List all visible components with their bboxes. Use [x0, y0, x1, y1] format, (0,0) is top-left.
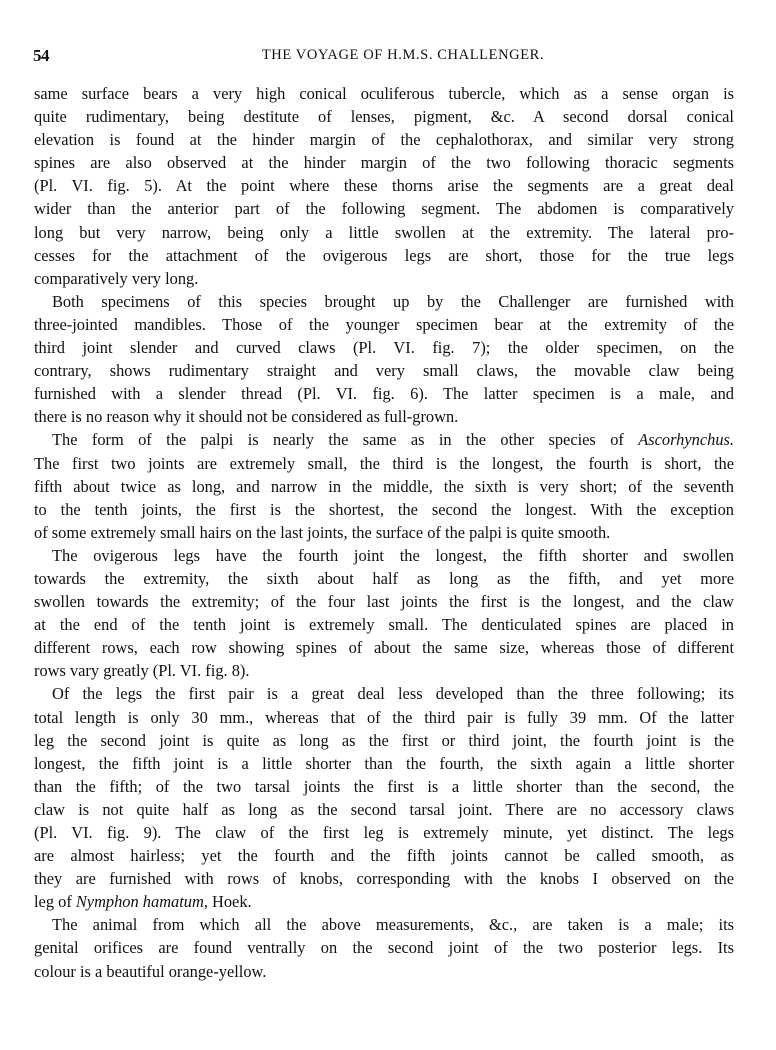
text-line: at the end of the tenth joint is extreme… — [34, 613, 734, 636]
text-line: claw is not quite half as long as the se… — [34, 798, 734, 821]
text-line: leg the second joint is quite as long as… — [34, 729, 734, 752]
text-line: contrary, shows rudimentary straight and… — [34, 359, 734, 382]
text-line: there is no reason why it should not be … — [34, 405, 734, 428]
text-line: are almost hairless; yet the fourth and … — [34, 844, 734, 867]
text-line: The form of the palpi is nearly the same… — [34, 428, 734, 451]
paragraph-ovigerous-legs: The ovigerous legs have the fourth joint… — [34, 544, 734, 683]
text-line: different rows, each row showing spines … — [34, 636, 734, 659]
text-span: The form of the palpi is nearly the same… — [52, 430, 638, 449]
running-title: THE VOYAGE OF H.M.S. CHALLENGER. — [33, 47, 733, 64]
text-line: third joint slender and curved claws (Pl… — [34, 336, 734, 359]
text-line: rows vary greatly (Pl. VI. fig. 8). — [34, 659, 734, 682]
species-name: Nymphon hamatum — [76, 892, 204, 911]
text-line: (Pl. VI. fig. 5). At the point where the… — [34, 174, 734, 197]
text-line: three-jointed mandibles. Those of the yo… — [34, 313, 734, 336]
paragraph-male-colour: The animal from which all the above meas… — [34, 913, 734, 982]
text-line: colour is a beautiful orange-yellow. — [34, 960, 734, 983]
paragraph-palpi: The form of the palpi is nearly the same… — [34, 428, 734, 543]
text-line: The animal from which all the above meas… — [34, 913, 734, 936]
text-line: than the fifth; of the two tarsal joints… — [34, 775, 734, 798]
text-line: elevation is found at the hinder margin … — [34, 128, 734, 151]
text-span: , Hoek. — [204, 892, 252, 911]
text-line: quite rudimentary, being destitute of le… — [34, 105, 734, 128]
text-line: to the tenth joints, the first is the sh… — [34, 498, 734, 521]
text-line: longest, the fifth joint is a little sho… — [34, 752, 734, 775]
text-line: Both specimens of this species brought u… — [34, 290, 734, 313]
text-line: cesses for the attachment of the ovigero… — [34, 244, 734, 267]
text-line: The first two joints are extremely small… — [34, 452, 734, 475]
text-line: of some extremely small hairs on the las… — [34, 521, 734, 544]
text-line: wider than the anterior part of the foll… — [34, 197, 734, 220]
text-line: towards the extremity, the sixth about h… — [34, 567, 734, 590]
text-line: comparatively very long. — [34, 267, 734, 290]
text-line: swollen towards the extremity; of the fo… — [34, 590, 734, 613]
text-line: genital orifices are found ventrally on … — [34, 936, 734, 959]
paragraph-mandibles: Both specimens of this species brought u… — [34, 290, 734, 429]
running-header: 54 THE VOYAGE OF H.M.S. CHALLENGER. — [33, 46, 733, 70]
book-page: 54 THE VOYAGE OF H.M.S. CHALLENGER. same… — [0, 0, 776, 1050]
paragraph-oculiferous-tubercle: same surface bears a very high conical o… — [34, 82, 734, 290]
text-line: Of the legs the first pair is a great de… — [34, 682, 734, 705]
text-line: spines are also observed at the hinder m… — [34, 151, 734, 174]
paragraph-legs: Of the legs the first pair is a great de… — [34, 682, 734, 913]
text-line: The ovigerous legs have the fourth joint… — [34, 544, 734, 567]
text-line: (Pl. VI. fig. 9). The claw of the first … — [34, 821, 734, 844]
text-line: long but very narrow, being only a littl… — [34, 221, 734, 244]
text-line: same surface bears a very high conical o… — [34, 82, 734, 105]
text-line: fifth about twice as long, and narrow in… — [34, 475, 734, 498]
text-line: they are furnished with rows of knobs, c… — [34, 867, 734, 890]
body-text: same surface bears a very high conical o… — [34, 82, 734, 983]
text-line: total length is only 30 mm., whereas tha… — [34, 706, 734, 729]
text-line: furnished with a slender thread (Pl. VI.… — [34, 382, 734, 405]
genus-name: Ascorhynchus. — [638, 430, 734, 449]
text-line: leg of Nymphon hamatum, Hoek. — [34, 890, 734, 913]
text-span: leg of — [34, 892, 76, 911]
